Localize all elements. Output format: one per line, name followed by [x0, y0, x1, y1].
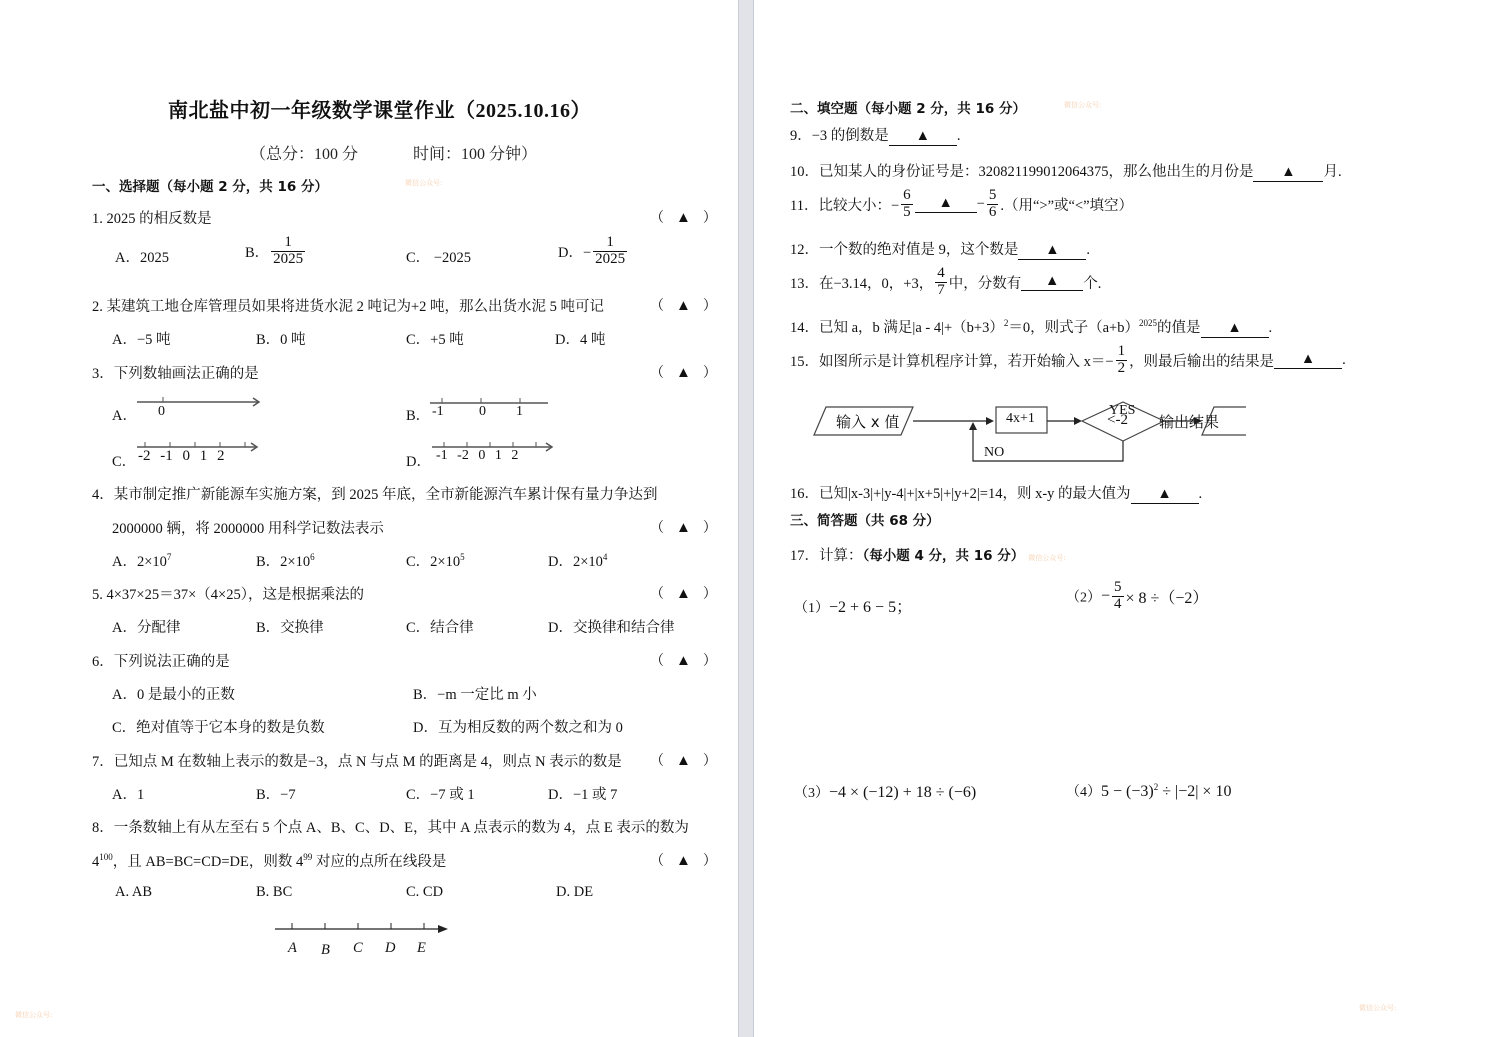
- subtitle-time: 时间：100 分钟）: [413, 141, 537, 164]
- q3-option-a-label: A．: [112, 404, 137, 425]
- q8-stem-line1: 8．一条数轴上有从左至右 5 个点 A、B、C、D、E，其中 A 点表示的数为 …: [92, 816, 689, 837]
- q3-option-b-label: B．: [406, 404, 430, 425]
- triangle-icon: ▲: [676, 210, 691, 226]
- q6-option-a: A．0 是最小的正数: [112, 683, 235, 704]
- title-date: （2025.10.16）: [455, 100, 591, 122]
- flowchart-no-label: NO: [984, 445, 1004, 461]
- triangle-icon: ▲: [676, 520, 691, 536]
- q10-answer-blank[interactable]: ▲: [1253, 165, 1323, 182]
- triangle-icon: ▲: [1301, 351, 1315, 367]
- q1-stem: 1. 2025 的相反数是: [92, 207, 212, 228]
- q1-option-b: B．12025: [245, 235, 307, 268]
- q17-part4: （4）5 − (−3)2 ÷ |−2| × 10: [1066, 781, 1231, 801]
- triangle-icon: ▲: [676, 853, 691, 869]
- q7-option-d: D．−1 或 7: [548, 783, 617, 804]
- q7-answer-slot[interactable]: （▲）: [650, 750, 717, 770]
- page-left: 南北盐中初一年级数学课堂作业（2025.10.16） （总分：100 分 时间：…: [0, 0, 738, 1037]
- page-gutter: [738, 0, 754, 1037]
- q3-option-c-label: C．: [112, 450, 136, 471]
- watermark: 微信公众号:: [1064, 100, 1101, 110]
- q16: 16．已知|x-3|+|y-4|+|x+5|+|y+2|=14，则 x-y 的最…: [790, 482, 1202, 504]
- q3-option-d-label: D．: [406, 450, 431, 471]
- q13: 13．在−3.14，0，+3，47中，分数有▲个.: [790, 266, 1101, 299]
- q6-option-c: C．绝对值等于它本身的数是负数: [112, 716, 325, 737]
- q1-option-c: C． −2025: [406, 246, 471, 267]
- q4-stem-line2: 2000000 辆，将 2000000 用科学记数法表示: [112, 517, 384, 538]
- q3-b-tick-label: -1: [432, 404, 444, 420]
- q10: 10．已知某人的身份证号是：320821199012064375，那么他出生的月…: [790, 160, 1342, 182]
- q3-b-tick-label: 1: [516, 404, 523, 420]
- q8-option-c: C. CD: [406, 884, 443, 901]
- q2-answer-slot[interactable]: （▲）: [650, 295, 717, 315]
- q5-option-b: B．交换律: [256, 616, 324, 637]
- q2-stem: 2. 某建筑工地仓库管理员如果将进货水泥 2 吨记为+2 吨，那么出货水泥 5 …: [92, 295, 604, 316]
- q8-point-label: C: [353, 940, 363, 957]
- q1-option-a: A．2025: [115, 246, 169, 267]
- q17-stem: 17．计算：（每小题 4 分，共 16 分）微信公众号:: [790, 544, 1066, 565]
- triangle-icon: ▲: [676, 365, 691, 381]
- q7-option-a: A．1: [112, 783, 144, 804]
- q8-number-line: [274, 920, 450, 934]
- triangle-icon: ▲: [676, 298, 691, 314]
- q7-stem: 7．已知点 M 在数轴上表示的数是−3，点 N 与点 M 的距离是 4，则点 N…: [92, 750, 622, 771]
- q3-b-tick-label: 0: [479, 404, 486, 420]
- q5-option-a: A．分配律: [112, 616, 180, 637]
- triangle-icon: ▲: [676, 586, 691, 602]
- q13-answer-blank[interactable]: ▲: [1021, 274, 1083, 291]
- triangle-icon: ▲: [938, 195, 952, 211]
- q4-option-d: D．2×104: [548, 550, 607, 571]
- watermark: 微信公众号:: [405, 178, 442, 188]
- q7-option-b: B．−7: [256, 783, 296, 804]
- q3-number-line-a: [135, 393, 265, 407]
- section-2-heading: 二、填空题（每小题 2 分，共 16 分）: [790, 97, 1026, 117]
- q4-answer-slot[interactable]: （▲）: [650, 517, 717, 537]
- triangle-icon: ▲: [1157, 486, 1171, 502]
- q8-point-label: D: [385, 940, 395, 957]
- q5-stem: 5. 4×37×25＝37×（4×25），这是根据乘法的: [92, 583, 364, 604]
- triangle-icon: ▲: [1281, 164, 1295, 180]
- q2-option-b: B．0 吨: [256, 328, 306, 349]
- triangle-icon: ▲: [1045, 273, 1059, 289]
- q1-answer-slot[interactable]: （▲）: [650, 207, 717, 227]
- flowchart-yes-label: YES: [1109, 403, 1135, 419]
- page-right: 二、填空题（每小题 2 分，共 16 分） 微信公众号: 9．−3 的倒数是▲.…: [754, 0, 1495, 1037]
- q3-c-tick-labels: -2 -1 0 1 2: [138, 448, 225, 465]
- q2-option-c: C．+5 吨: [406, 328, 464, 349]
- triangle-icon: ▲: [916, 128, 930, 144]
- flowchart-process: 4x+1: [1006, 411, 1035, 427]
- section-1-heading: 一、选择题（每小题 2 分，共 16 分）: [92, 175, 328, 195]
- q17-part1: （1）−2 + 6 − 5；: [794, 594, 912, 617]
- q11: 11．比较大小：−65▲−56.（用“>”或“<”填空）: [790, 188, 1133, 221]
- flowchart-output: 输出结果: [1159, 411, 1219, 432]
- title-text: 南北盐中初一年级数学课堂作业: [168, 98, 455, 122]
- q12: 12．一个数的绝对值是 9，这个数是▲.: [790, 238, 1090, 260]
- q6-option-b: B．−m 一定比 m 小: [413, 683, 537, 704]
- q9-answer-blank[interactable]: ▲: [889, 129, 957, 146]
- q1-option-d: D．−12025: [558, 235, 629, 268]
- q15-answer-blank[interactable]: ▲: [1274, 352, 1342, 369]
- q5-option-d: D．交换律和结合律: [548, 616, 674, 637]
- q11-answer-blank[interactable]: ▲: [915, 196, 977, 213]
- watermark: 微信公众号:: [1359, 1003, 1396, 1013]
- q12-answer-blank[interactable]: ▲: [1018, 243, 1086, 260]
- q3-d-tick-labels: -1 -2 0 1 2: [436, 448, 518, 464]
- q6-option-d: D．互为相反数的两个数之和为 0: [413, 716, 623, 737]
- q4-option-a: A．2×107: [112, 550, 171, 571]
- q8-option-a: A. AB: [115, 884, 152, 901]
- q3-a-tick-label: 0: [158, 404, 165, 420]
- q14: 14．已知 a，b 满足|a - 4|+（b+3）2＝0，则式子（a+b）202…: [790, 316, 1272, 338]
- q4-stem-line1: 4．某市制定推广新能源车实施方案，到 2025 年底，全市新能源汽车累计保有量力…: [92, 483, 658, 504]
- flowchart-input: 输入 x 值: [836, 411, 899, 432]
- q3-answer-slot[interactable]: （▲）: [650, 362, 717, 382]
- q7-option-c: C．−7 或 1: [406, 783, 475, 804]
- watermark: 微信公众号:: [15, 1010, 52, 1020]
- q3-number-line-b: [428, 395, 553, 407]
- q8-stem-line2: 4100，且 AB=BC=CD=DE，则数 499 对应的点所在线段是: [92, 850, 446, 871]
- q9: 9．−3 的倒数是▲.: [790, 124, 960, 146]
- q2-option-d: D．4 吨: [555, 328, 605, 349]
- q3-stem: 3．下列数轴画法正确的是: [92, 362, 259, 383]
- q17-part3: （3）−4 × (−12) + 18 ÷ (−6): [794, 782, 976, 802]
- section-3-heading: 三、简答题（共 68 分）: [790, 509, 940, 529]
- q6-stem: 6．下列说法正确的是: [92, 650, 230, 671]
- q6-answer-slot[interactable]: （▲）: [650, 650, 717, 670]
- q8-answer-slot[interactable]: （▲）: [650, 850, 717, 870]
- q16-answer-blank[interactable]: ▲: [1131, 487, 1199, 504]
- triangle-icon: ▲: [676, 653, 691, 669]
- q8-option-d: D. DE: [556, 884, 593, 901]
- q4-option-c: C．2×105: [406, 550, 465, 571]
- subtitle-total: （总分：100 分: [250, 141, 358, 164]
- q14-answer-blank[interactable]: ▲: [1201, 321, 1269, 338]
- q17-part2: （2）−54× 8 ÷（−2）: [1066, 580, 1208, 613]
- q8-point-label: E: [417, 940, 426, 957]
- q8-option-b: B. BC: [256, 884, 292, 901]
- q15: 15．如图所示是计算机程序计算，若开始输入 x＝−12，则最后输出的结果是▲.: [790, 344, 1346, 377]
- q2-option-a: A．−5 吨: [112, 328, 171, 349]
- triangle-icon: ▲: [1227, 320, 1241, 336]
- page-title: 南北盐中初一年级数学课堂作业（2025.10.16）: [168, 94, 591, 123]
- triangle-icon: ▲: [1045, 242, 1059, 258]
- q4-option-b: B．2×106: [256, 550, 315, 571]
- q8-point-label: A: [288, 940, 297, 957]
- triangle-icon: ▲: [676, 753, 691, 769]
- q5-answer-slot[interactable]: （▲）: [650, 583, 717, 603]
- q8-point-label: B: [321, 942, 330, 959]
- q5-option-c: C．结合律: [406, 616, 474, 637]
- q15-flowchart: [810, 400, 1246, 466]
